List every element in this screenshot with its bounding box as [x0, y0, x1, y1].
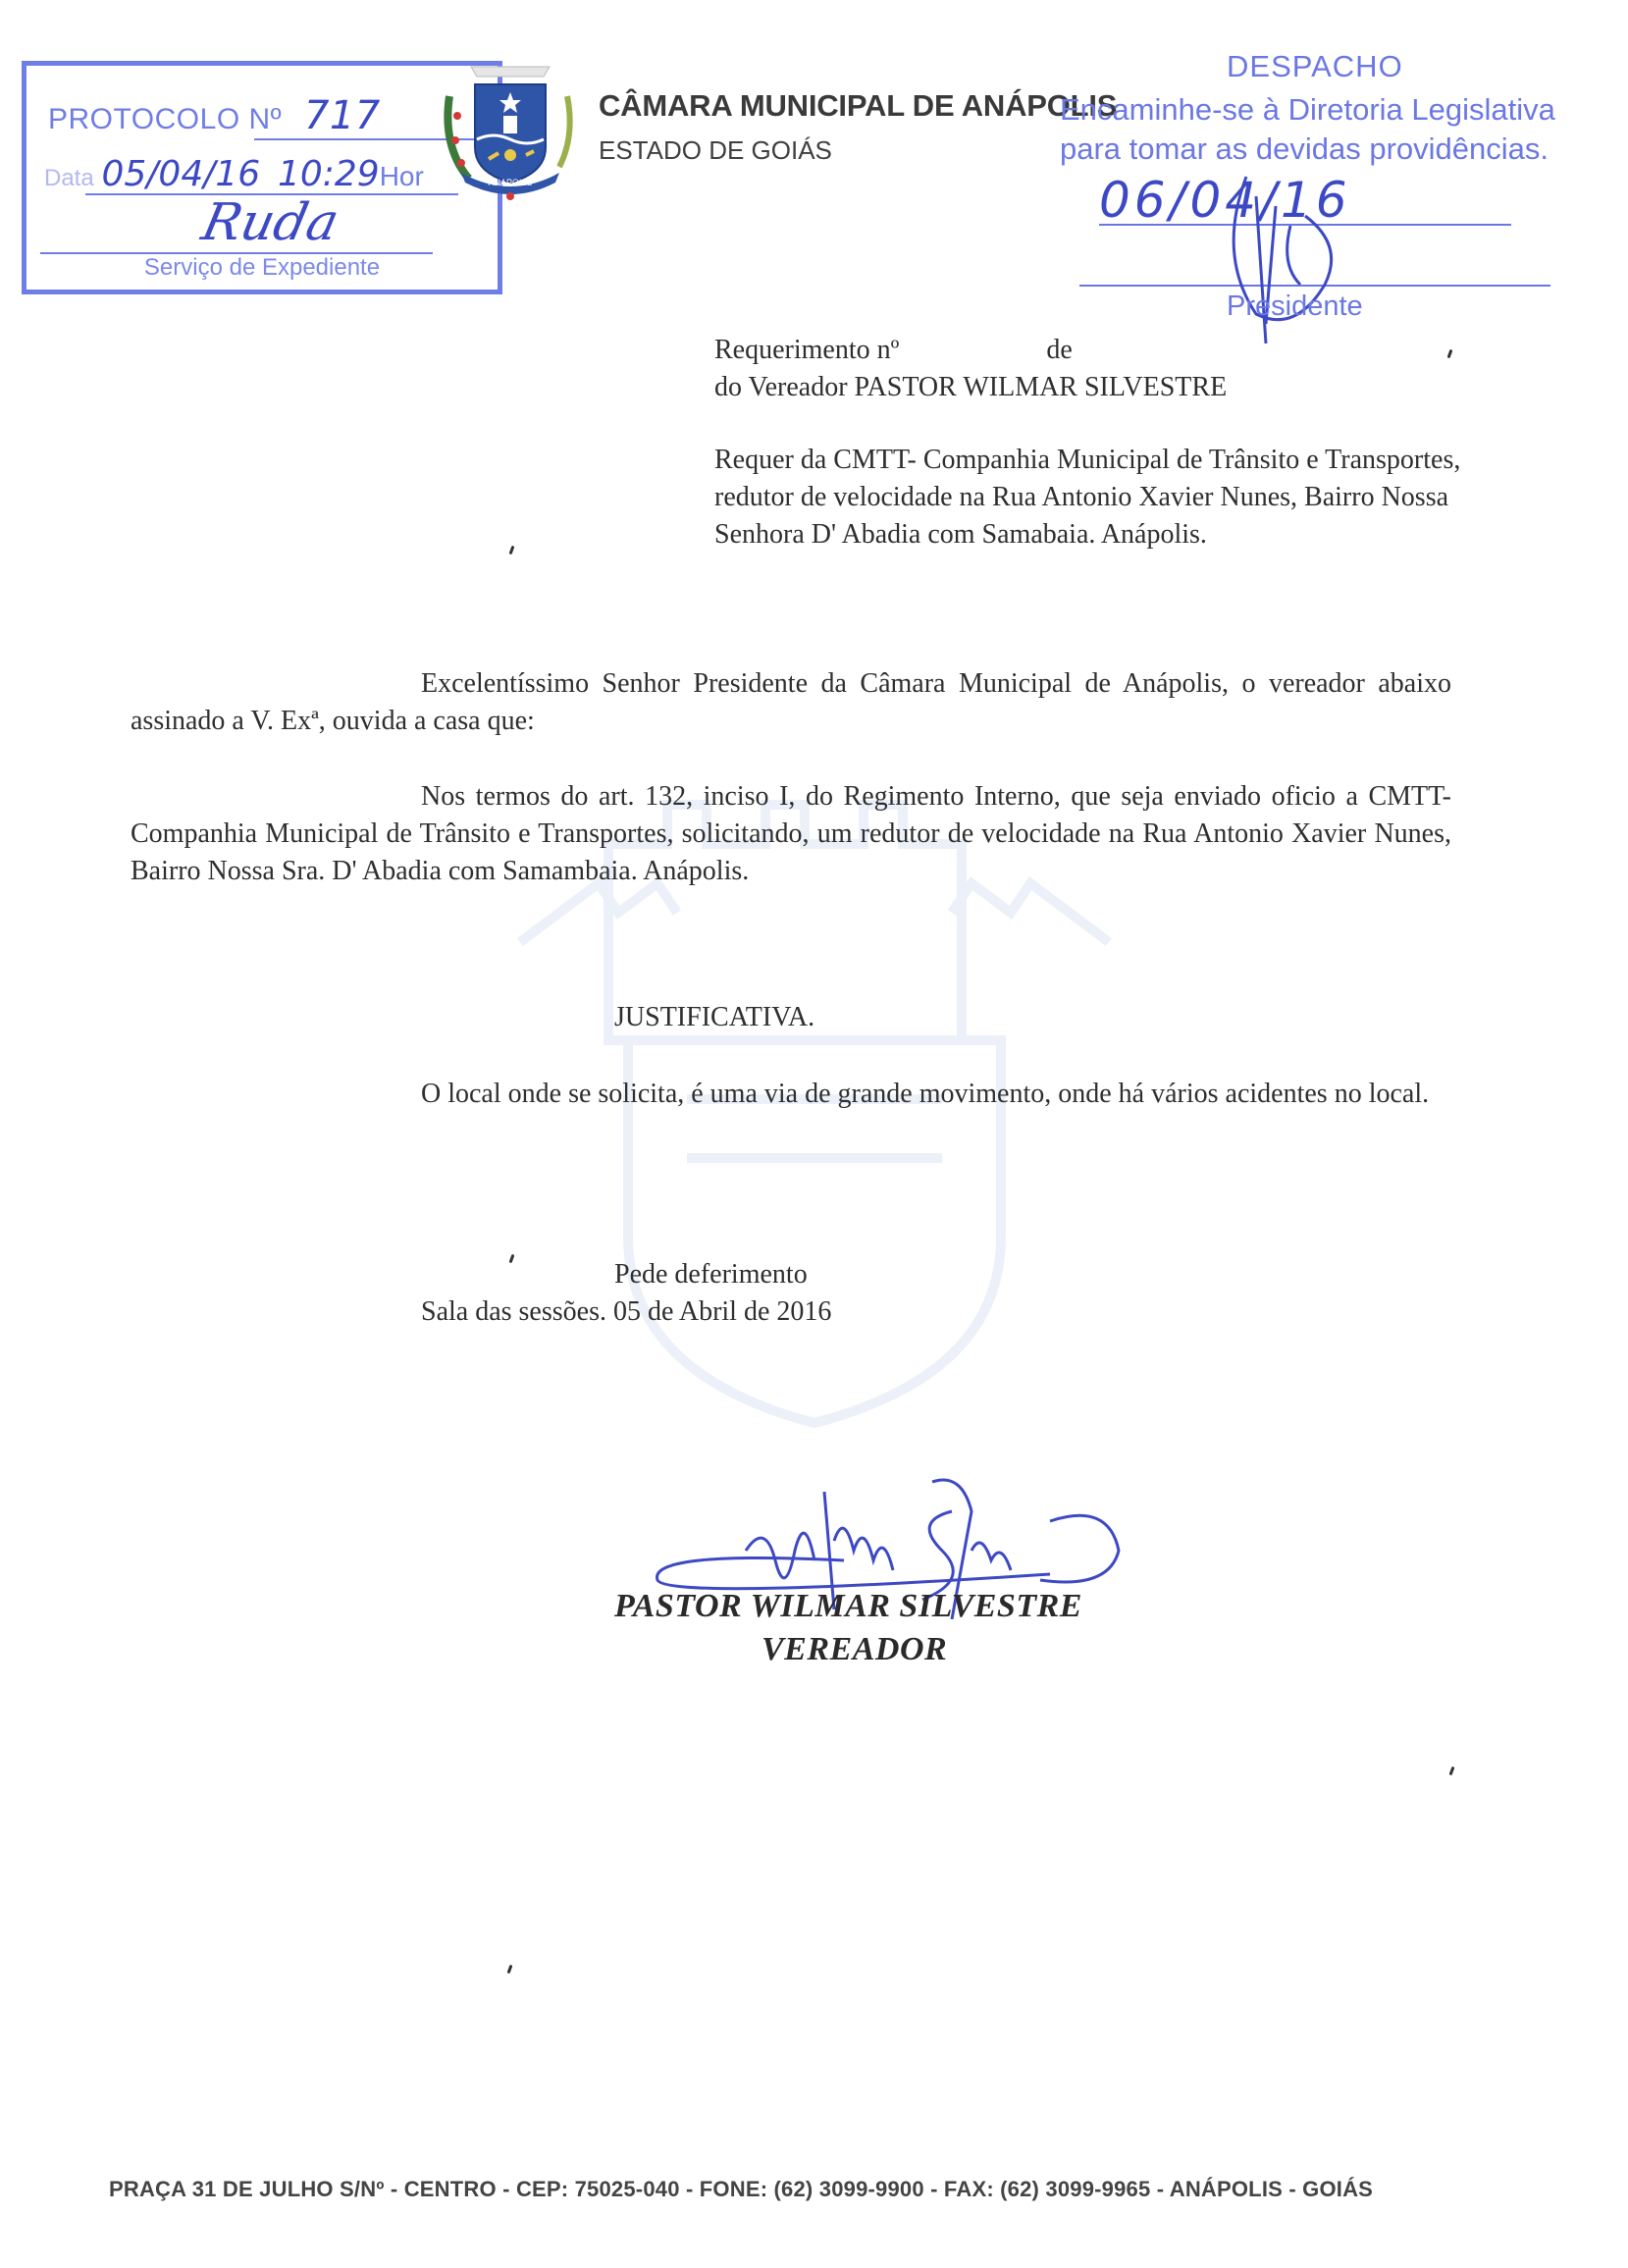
requerimento-header: Requerimento nºde do Vereador PASTOR WIL… [714, 332, 1227, 406]
department-label: Serviço de Expediente [26, 254, 498, 282]
despacho-stamp: DESPACHO Encaminhe-se à Diretoria Legisl… [1060, 49, 1590, 334]
ementa: Requer da CMTT- Companhia Municipal de T… [714, 442, 1480, 554]
time-suffix: Hor [380, 161, 424, 191]
date-label: Data [44, 165, 94, 191]
protocol-date: 05/04/16 [101, 154, 260, 194]
institution-title: CÂMARA MUNICIPAL DE ANÁPOLIS [599, 88, 1117, 124]
closing-text: Pede deferimento [614, 1256, 808, 1293]
paragraph-request: Nos termos do art. 132, inciso I, do Reg… [131, 778, 1451, 890]
despacho-role: Presidente [1227, 290, 1363, 323]
requerimento-de: de [1046, 335, 1072, 365]
protocol-time: 10:29 [278, 154, 380, 194]
justificativa-title: JUSTIFICATIVA. [614, 999, 814, 1036]
footer-address: PRAÇA 31 DE JULHO S/Nº - CENTRO - CEP: 7… [109, 2177, 1373, 2202]
protocol-number: 717 [304, 93, 381, 138]
signatory-role: VEREADOR [761, 1631, 947, 1668]
scan-speck [1449, 1767, 1455, 1775]
protocol-label: PROTOCOLO Nº [48, 103, 282, 135]
protocol-date-line: Data 05/04/16 10:29Hor [44, 154, 424, 194]
scan-speck [1447, 349, 1453, 358]
scan-speck [507, 1965, 513, 1974]
institution-subtitle: ESTADO DE GOIÁS [599, 135, 832, 166]
despacho-title: DESPACHO [1227, 49, 1403, 84]
signatory-name: PASTOR WILMAR SILVESTRE [614, 1588, 1082, 1625]
despacho-line-2: para tomar as devidas providências. [1060, 132, 1549, 167]
paragraph-salutation: Excelentíssimo Senhor Presidente da Câma… [131, 665, 1451, 740]
despacho-line-1: Encaminhe-se à Diretoria Legislativa [1060, 92, 1555, 128]
place-date: Sala das sessões. 05 de Abril de 2016 [421, 1293, 831, 1331]
protocol-number-line: PROTOCOLO Nº 717 [48, 93, 381, 138]
author-line: do Vereador PASTOR WILMAR SILVESTRE [714, 372, 1227, 402]
requerimento-label: Requerimento nº [714, 335, 899, 365]
justificativa-text: O local onde se solicita, é uma via de g… [131, 1076, 1451, 1113]
protocol-stamp: PROTOCOLO Nº 717 Data 05/04/16 10:29Hor … [22, 61, 502, 294]
clerk-signature: Ruda [197, 193, 344, 252]
municipal-coat-of-arms-icon: ANAPOLIS [432, 57, 589, 204]
svg-text:ANAPOLIS: ANAPOLIS [488, 178, 532, 187]
scan-speck [509, 546, 515, 554]
